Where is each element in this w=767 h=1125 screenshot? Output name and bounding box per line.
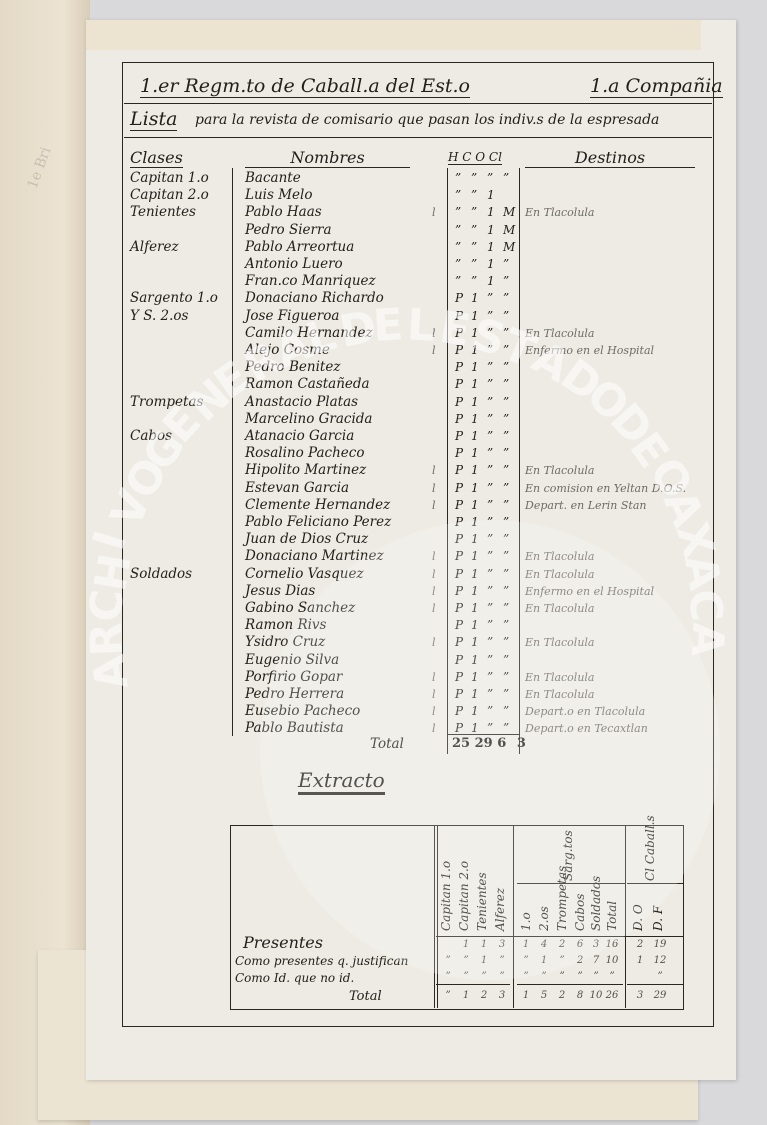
row-destino: En Tlacolula — [525, 550, 595, 563]
ext-cell: ” — [477, 971, 491, 982]
ext-total-rule-3 — [627, 984, 683, 985]
row-nombre: Donaciano Martinez — [245, 548, 384, 564]
row-nombre: Pablo Arreortua — [245, 239, 354, 255]
row-status-cell: 1 — [471, 618, 479, 632]
ext-header-cabos: Cabos — [573, 894, 587, 931]
row-status-cell: P — [455, 601, 463, 615]
row-nombre: Alejo Cosme — [245, 342, 330, 358]
row-status-cell: ” — [503, 412, 509, 426]
row-status-cell: ” — [487, 567, 493, 581]
total-o: 6 — [497, 736, 506, 751]
ext-cell: ” — [555, 955, 569, 966]
ext-cell: ” — [519, 971, 533, 982]
row-status-cell: 1 — [471, 653, 479, 667]
row-status-cell: ” — [455, 188, 461, 202]
ext-label-divider — [434, 826, 435, 1008]
row-status-cell: P — [455, 704, 463, 718]
row-status-cell: ” — [503, 584, 509, 598]
row-status-cell: ” — [503, 653, 509, 667]
ext-header-do: D. O — [631, 904, 645, 931]
ext-cell: 3 — [495, 990, 509, 1001]
status-right-border — [519, 168, 520, 754]
row-status-cell: 1 — [471, 412, 479, 426]
ext-cell: 19 — [653, 939, 667, 950]
row-destino: En Tlacolula — [525, 327, 595, 340]
ext-cell: 8 — [573, 990, 587, 1001]
ext-cell: 1 — [477, 955, 491, 966]
ext-cell: ” — [459, 955, 473, 966]
ext-cell: ” — [441, 955, 455, 966]
row-status-cell: 1 — [471, 291, 479, 305]
row-destino: En comision en Yeltan D.O.S. — [525, 482, 686, 495]
row-nombre: Porfirio Gopar — [245, 669, 342, 685]
row-status-cell: ” — [503, 567, 509, 581]
row-nombre: Estevan Garcia — [245, 480, 349, 496]
row-status-cell: ” — [487, 670, 493, 684]
row-nombre: Donaciano Richardo — [245, 290, 384, 306]
row-status-cell: ” — [487, 653, 493, 667]
row-status-cell: ” — [487, 343, 493, 357]
row-status-cell: P — [455, 429, 463, 443]
row-status-cell: ” — [487, 481, 493, 495]
ext-row-label-presentes: Presentes — [243, 933, 323, 952]
row-status-cell: ” — [455, 223, 461, 237]
row-destino: Depart.o en Tecaxtlan — [525, 722, 648, 735]
ext-cell: 1 — [459, 939, 473, 950]
row-status-cell: ” — [503, 446, 509, 460]
row-status-cell: ” — [503, 274, 509, 288]
row-status-cell: ” — [455, 257, 461, 271]
row-status-cell: ” — [487, 377, 493, 391]
row-nombre: Pedro Sierra — [245, 222, 332, 238]
row-margin-mark: l — [432, 585, 436, 598]
ext-header-sarg1: 1.o — [519, 912, 533, 931]
ext-cell: 2 — [555, 990, 569, 1001]
row-status-cell: 1 — [471, 687, 479, 701]
row-nombre: Clemente Hernandez — [245, 497, 390, 513]
row-status-cell: 1 — [471, 309, 479, 323]
row-destino: En Tlacolula — [525, 688, 595, 701]
row-status-cell: ” — [487, 635, 493, 649]
row-status-cell: 1 — [471, 549, 479, 563]
row-status-cell: P — [455, 567, 463, 581]
row-status-cell: P — [455, 395, 463, 409]
row-status-cell: ” — [503, 309, 509, 323]
row-status-cell: ” — [487, 618, 493, 632]
row-margin-mark: l — [432, 705, 436, 718]
row-nombre: Pablo Bautista — [245, 720, 344, 736]
ext-cell: ” — [459, 971, 473, 982]
row-nombre: Pedro Herrera — [245, 686, 344, 702]
row-margin-mark: l — [432, 550, 436, 563]
row-clase: Sargento 1.o — [130, 290, 218, 306]
ext-cell: 2 — [633, 939, 647, 950]
row-status-cell: 1 — [471, 463, 479, 477]
row-status-cell: 1 — [471, 446, 479, 460]
ext-cell: ” — [495, 971, 509, 982]
ext-header-soldados: Soldados — [589, 876, 603, 931]
row-status-cell: ” — [503, 549, 509, 563]
row-status-cell: M — [503, 205, 515, 219]
row-status-cell: ” — [487, 584, 493, 598]
row-status-cell: ” — [503, 326, 509, 340]
row-status-cell: ” — [471, 223, 477, 237]
row-nombre: Rosalino Pacheco — [245, 445, 364, 461]
row-margin-mark: l — [432, 602, 436, 615]
row-status-cell: ” — [487, 532, 493, 546]
row-clase: Capitan 2.o — [130, 187, 209, 203]
ext-cell: ” — [519, 955, 533, 966]
row-nombre: Marcelino Gracida — [245, 411, 372, 427]
company-title: 1.a Compañia — [590, 75, 723, 98]
row-status-cell: ” — [487, 498, 493, 512]
total-label: Total — [370, 736, 404, 752]
ext-cell: ” — [605, 971, 619, 982]
row-status-cell: ” — [487, 171, 493, 185]
row-nombre: Juan de Dios Cruz — [245, 531, 368, 547]
ext-cell: 7 — [589, 955, 603, 966]
row-status-cell: ” — [503, 601, 509, 615]
row-status-cell: ” — [487, 549, 493, 563]
row-status-cell: P — [455, 584, 463, 598]
ext-cell: ” — [589, 971, 603, 982]
row-status-cell: ” — [487, 446, 493, 460]
row-status-cell: P — [455, 463, 463, 477]
row-status-cell: 1 — [471, 670, 479, 684]
row-clase: Trompetas — [130, 394, 203, 410]
row-status-cell: 1 — [471, 567, 479, 581]
ext-cell: ” — [653, 971, 667, 982]
ext-cell: 5 — [537, 990, 551, 1001]
ext-cell: 3 — [633, 990, 647, 1001]
clases-separator — [232, 168, 233, 736]
row-margin-mark: l — [432, 344, 436, 357]
row-status-cell: M — [503, 223, 515, 237]
row-status-cell: 1 — [471, 498, 479, 512]
row-status-cell: ” — [471, 188, 477, 202]
row-status-cell: P — [455, 498, 463, 512]
row-status-cell: 1 — [471, 704, 479, 718]
row-nombre: Jose Figueroa — [245, 308, 339, 324]
subtitle-divider — [124, 137, 712, 138]
row-destino: Depart.o en Tlacolula — [525, 705, 645, 718]
row-status-cell: 1 — [471, 481, 479, 495]
column-header-destinos: Destinos — [525, 148, 695, 168]
row-status-cell: P — [455, 532, 463, 546]
ext-cell: ” — [573, 971, 587, 982]
row-status-cell: P — [455, 360, 463, 374]
row-nombre: Pablo Feliciano Perez — [245, 514, 391, 530]
row-status-cell: ” — [487, 429, 493, 443]
row-status-cell: 1 — [487, 188, 495, 202]
row-status-cell: ” — [503, 171, 509, 185]
ext-header-total: Total — [605, 901, 619, 931]
ext-row-label-no-id: Como Id. que no id. — [235, 971, 354, 985]
row-nombre: Jesus Dias — [245, 583, 315, 599]
ext-cell: 2 — [477, 990, 491, 1001]
row-status-cell: 1 — [487, 274, 495, 288]
ext-label-divider-2 — [437, 826, 438, 1008]
row-status-cell: ” — [487, 515, 493, 529]
row-status-cell: ” — [503, 463, 509, 477]
row-status-cell: 1 — [471, 601, 479, 615]
row-status-cell: ” — [471, 171, 477, 185]
row-clase: Cabos — [130, 428, 172, 444]
row-status-cell: ” — [503, 360, 509, 374]
ext-cell: 1 — [519, 990, 533, 1001]
row-margin-mark: l — [432, 327, 436, 340]
row-status-cell: P — [455, 377, 463, 391]
row-status-cell: P — [455, 549, 463, 563]
ext-cell: ” — [537, 971, 551, 982]
row-margin-mark: l — [432, 671, 436, 684]
row-margin-mark: l — [432, 568, 436, 581]
row-status-cell: ” — [503, 377, 509, 391]
ext-header-df: D. F — [651, 906, 665, 931]
ext-total-rule-2 — [517, 984, 623, 985]
row-nombre: Atanacio Garcia — [245, 428, 354, 444]
ext-header-sarg2: 2.os — [537, 906, 551, 931]
ext-sargtos-rule — [517, 883, 625, 884]
row-status-cell: ” — [503, 343, 509, 357]
ext-row-label-justifican: Como presentes q. justifican — [235, 954, 408, 968]
row-status-cell: P — [455, 670, 463, 684]
torn-top-edge — [86, 20, 701, 50]
row-status-cell: ” — [503, 704, 509, 718]
row-status-cell: ” — [455, 240, 461, 254]
header-divider — [124, 103, 712, 104]
ext-cell: 26 — [605, 990, 619, 1001]
row-status-cell: 1 — [471, 584, 479, 598]
row-status-cell: 1 — [471, 326, 479, 340]
row-status-cell: ” — [487, 360, 493, 374]
ext-cl-rule — [627, 883, 683, 884]
row-nombre: Pablo Haas — [245, 204, 322, 220]
extracto-title: Extracto — [298, 768, 385, 795]
column-header-status: H C O Cl — [448, 150, 502, 165]
ext-header-tenientes: Tenientes — [475, 872, 489, 931]
ext-cell: 1 — [477, 939, 491, 950]
list-subtitle: para la revista de comisario que pasan l… — [195, 112, 659, 128]
ext-cell: ” — [441, 971, 455, 982]
row-status-cell: ” — [487, 412, 493, 426]
row-nombre: Eusebio Pacheco — [245, 703, 360, 719]
row-status-cell: ” — [503, 532, 509, 546]
row-status-cell: 1 — [487, 223, 495, 237]
ext-row-label-total: Total — [349, 989, 382, 1004]
row-status-cell: ” — [503, 481, 509, 495]
row-status-cell: ” — [503, 291, 509, 305]
row-status-cell: 1 — [471, 532, 479, 546]
row-nombre: Eugenio Silva — [245, 652, 339, 668]
list-title: Lista — [130, 108, 177, 131]
row-margin-mark: l — [432, 206, 436, 219]
row-status-cell: ” — [487, 309, 493, 323]
row-status-cell: 1 — [471, 429, 479, 443]
row-destino: En Tlacolula — [525, 464, 595, 477]
ext-cell: 12 — [653, 955, 667, 966]
row-status-cell: ” — [471, 257, 477, 271]
column-header-nombres: Nombres — [245, 148, 410, 168]
row-status-cell: P — [455, 618, 463, 632]
row-status-cell: 1 — [487, 205, 495, 219]
row-nombre: Ramon Rivs — [245, 617, 326, 633]
ext-cell: 3 — [495, 939, 509, 950]
row-nombre: Camilo Hernandez — [245, 325, 373, 341]
ext-header-rule — [436, 936, 684, 937]
row-status-cell: ” — [455, 205, 461, 219]
row-status-cell: P — [455, 446, 463, 460]
total-c: 29 — [475, 736, 493, 751]
row-margin-mark: l — [432, 636, 436, 649]
row-status-cell: 1 — [471, 515, 479, 529]
ext-cell: 1 — [537, 955, 551, 966]
ext-group-divider-2 — [625, 826, 626, 1008]
row-status-cell: ” — [487, 704, 493, 718]
row-status-cell: ” — [471, 240, 477, 254]
row-status-cell: P — [455, 653, 463, 667]
row-status-cell: ” — [487, 687, 493, 701]
extracto-table: Capitan 1.o Capitan 2.o Tenientes Alfere… — [230, 825, 684, 1010]
bleed-through-text: 1e Bri — [25, 145, 55, 191]
total-h: 25 — [452, 736, 470, 751]
row-status-cell: ” — [487, 326, 493, 340]
row-status-cell: ” — [503, 635, 509, 649]
row-status-cell: ” — [487, 291, 493, 305]
row-status-cell: ” — [503, 670, 509, 684]
row-margin-mark: l — [432, 464, 436, 477]
row-nombre: Antonio Luero — [245, 256, 343, 272]
row-margin-mark: l — [432, 482, 436, 495]
row-status-cell: ” — [471, 205, 477, 219]
ext-header-cl: Cl Caball.s — [643, 815, 657, 881]
row-status-cell: P — [455, 343, 463, 357]
total-cl: 3 — [517, 736, 526, 751]
row-destino: Enfermo en el Hospital — [525, 585, 654, 598]
row-nombre: Fran.co Manriquez — [245, 273, 376, 289]
row-status-cell: 1 — [487, 240, 495, 254]
row-nombre: Cornelio Vasquez — [245, 566, 364, 582]
row-status-cell: ” — [487, 601, 493, 615]
row-status-cell: 1 — [471, 635, 479, 649]
row-nombre: Pedro Benitez — [245, 359, 340, 375]
row-nombre: Ramon Castañeda — [245, 376, 370, 392]
status-left-border — [447, 168, 448, 754]
row-status-cell: ” — [503, 429, 509, 443]
row-nombre: Bacante — [245, 170, 301, 186]
ext-cell: ” — [441, 990, 455, 1001]
row-margin-mark: l — [432, 722, 436, 735]
row-nombre: Anastacio Platas — [245, 394, 358, 410]
row-destino: En Tlacolula — [525, 602, 595, 615]
row-margin-mark: l — [432, 688, 436, 701]
ext-cell: 1 — [519, 939, 533, 950]
row-status-cell: P — [455, 291, 463, 305]
row-nombre: Ysidro Cruz — [245, 634, 325, 650]
row-clase: Soldados — [130, 566, 192, 582]
row-status-cell: ” — [455, 171, 461, 185]
ext-header-capitan2: Capitan 2.o — [457, 861, 471, 931]
row-status-cell: 1 — [471, 395, 479, 409]
row-clase: Alferez — [130, 239, 179, 255]
ext-cell: 16 — [605, 939, 619, 950]
row-status-cell: ” — [503, 257, 509, 271]
row-status-cell: ” — [503, 687, 509, 701]
row-destino: Enfermo en el Hospital — [525, 344, 654, 357]
row-status-cell: ” — [455, 274, 461, 288]
ext-cell: 1 — [633, 955, 647, 966]
ext-cell: ” — [555, 971, 569, 982]
ext-cell: 1 — [459, 990, 473, 1001]
ext-cell: 4 — [537, 939, 551, 950]
total-values: 25 29 6 3 — [452, 736, 526, 751]
row-nombre: Hipolito Martinez — [245, 462, 366, 478]
row-status-cell: ” — [471, 274, 477, 288]
row-status-cell: ” — [503, 395, 509, 409]
row-status-cell: P — [455, 326, 463, 340]
row-destino: En Tlacolula — [525, 636, 595, 649]
row-status-cell: ” — [487, 395, 493, 409]
ext-header-capitan1: Capitan 1.o — [439, 861, 453, 931]
row-status-cell: 1 — [471, 360, 479, 374]
row-status-cell: P — [455, 515, 463, 529]
row-destino: En Tlacolula — [525, 568, 595, 581]
ext-total-rule-1 — [436, 984, 510, 985]
ext-header-alferez: Alferez — [493, 888, 507, 931]
row-status-cell: P — [455, 635, 463, 649]
row-nombre: Gabino Sanchez — [245, 600, 355, 616]
total-rule — [448, 734, 520, 735]
row-status-cell: P — [455, 309, 463, 323]
row-status-cell: ” — [503, 618, 509, 632]
row-status-cell: P — [455, 412, 463, 426]
row-destino: En Tlacolula — [525, 206, 595, 219]
row-status-cell: 1 — [487, 257, 495, 271]
row-status-cell: 1 — [471, 377, 479, 391]
row-nombre: Luis Melo — [245, 187, 312, 203]
ext-cell: 10 — [605, 955, 619, 966]
row-destino: En Tlacolula — [525, 671, 595, 684]
ext-cell: 2 — [555, 939, 569, 950]
row-status-cell: P — [455, 481, 463, 495]
row-status-cell: ” — [503, 515, 509, 529]
ext-group-divider-1 — [513, 826, 514, 1008]
ext-cell: ” — [495, 955, 509, 966]
row-status-cell: P — [455, 687, 463, 701]
row-status-cell: M — [503, 240, 515, 254]
regiment-title: 1.er Regm.to de Caball.a del Est.o — [140, 75, 470, 98]
row-status-cell: ” — [487, 463, 493, 477]
ext-cell: 6 — [573, 939, 587, 950]
row-clase: Tenientes — [130, 204, 196, 220]
column-header-clases: Clases — [130, 148, 183, 168]
ext-cell: 3 — [589, 939, 603, 950]
row-status-cell: ” — [503, 498, 509, 512]
row-clase: Capitan 1.o — [130, 170, 209, 186]
row-destino: Depart. en Lerin Stan — [525, 499, 646, 512]
ext-cell: 10 — [589, 990, 603, 1001]
ext-cell: 2 — [573, 955, 587, 966]
row-status-cell: 1 — [471, 343, 479, 357]
ext-cell: 29 — [653, 990, 667, 1001]
ext-header-trompetas: Trompetas — [555, 866, 569, 931]
row-clase: Y S. 2.os — [130, 308, 189, 324]
row-margin-mark: l — [432, 499, 436, 512]
